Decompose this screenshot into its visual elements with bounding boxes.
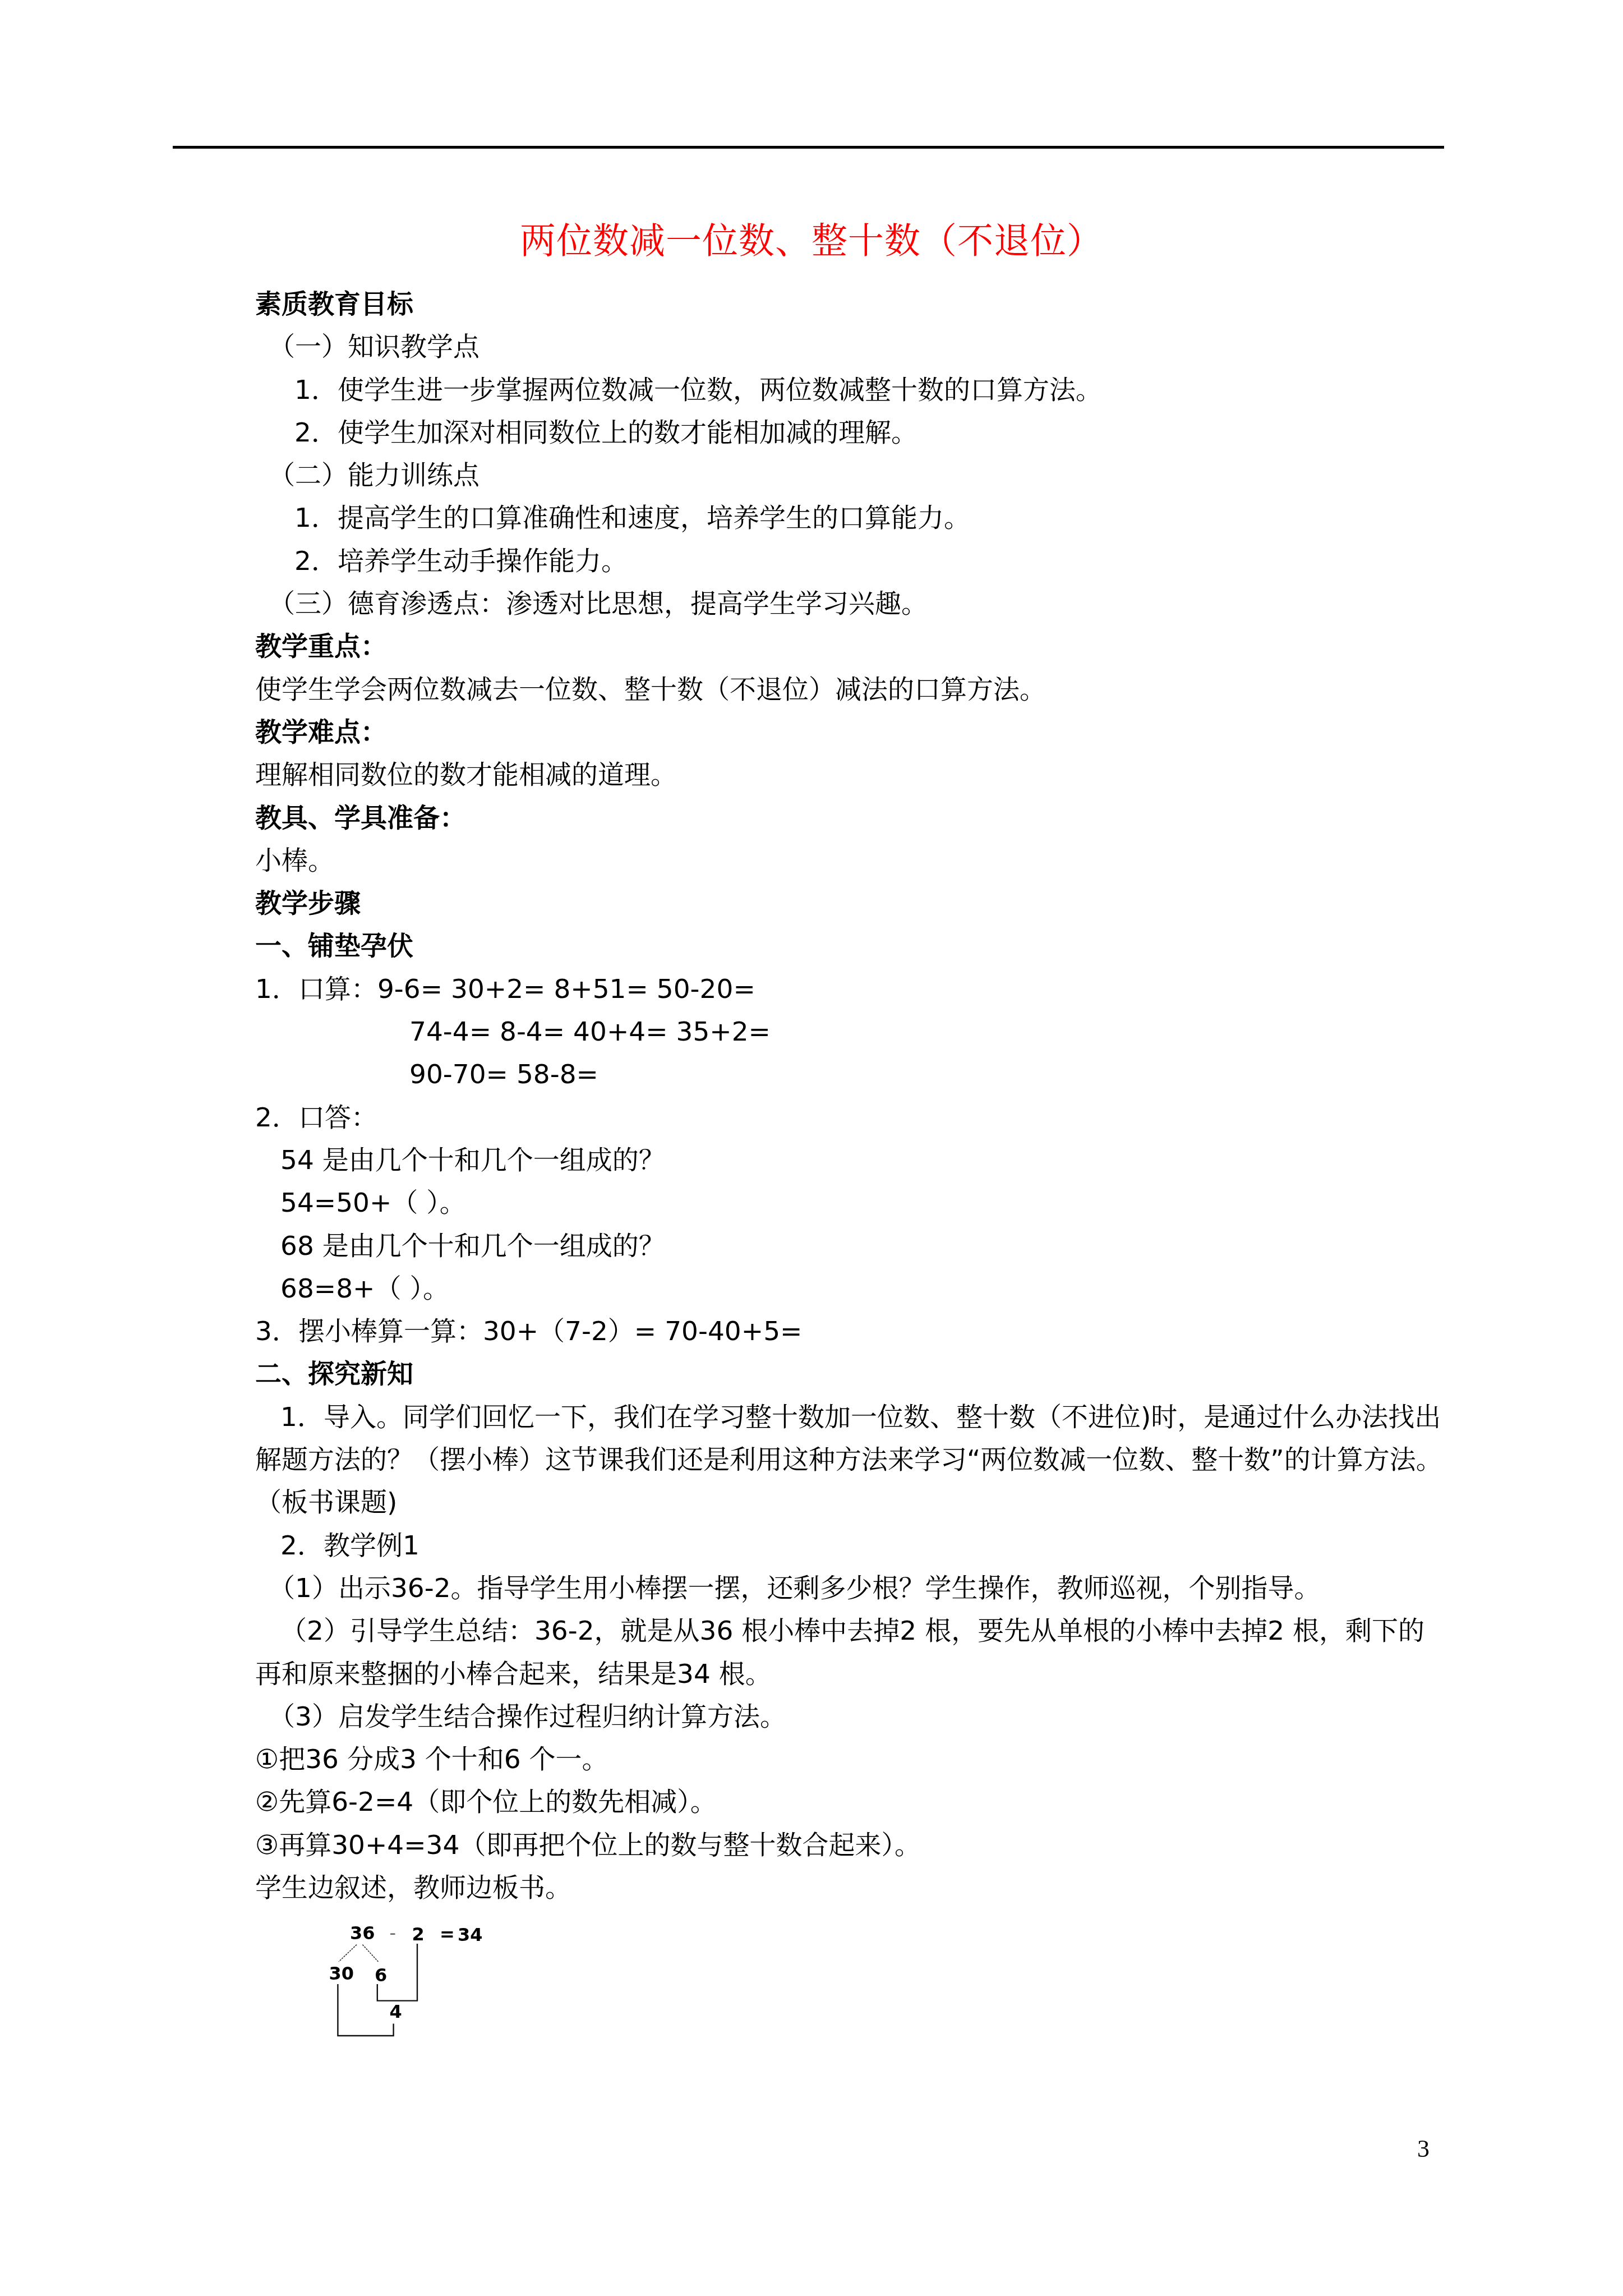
oral-calc-line: 90-70= 58-8= [255, 1053, 1444, 1096]
ability-item: 1．提高学生的口算准确性和速度，培养学生的口算能力。 [255, 497, 1444, 540]
diagram-ones-diff: 4 [389, 2001, 402, 2022]
moral-point: （三）德育渗透点：渗透对比思想，提高学生学习兴趣。 [255, 583, 1444, 625]
example-step: （1）出示36-2。指导学生用小棒摆一摆，还剩多少根？学生操作，教师巡视，个别指… [255, 1567, 1444, 1610]
knowledge-heading: （一）知识教学点 [255, 326, 1444, 369]
ability-heading: （二）能力训练点 [255, 454, 1444, 497]
difficulty-heading: 教学难点： [255, 711, 1444, 754]
sticks-calc: 3．摆小棒算一算：30+（7-2）= 70-40+5= [255, 1310, 1444, 1353]
intro-paragraph: 1．导入。同学们回忆一下，我们在学习整十数加一位数、整十数（不进位)时，是通过什… [255, 1396, 1444, 1525]
diagram-equals: = [440, 1924, 455, 1945]
oral-answer-item: 54 是由几个十和几个一组成的？ [255, 1139, 1444, 1182]
ability-item: 2．培养学生动手操作能力。 [255, 540, 1444, 583]
oral-answer-item: 68=8+（ ）。 [255, 1268, 1444, 1310]
knowledge-item: 2．使学生加深对相同数位上的数才能相加减的理解。 [255, 412, 1444, 454]
diagram-ones: 6 [375, 1964, 387, 1986]
part2-heading: 二、探究新知 [255, 1353, 1444, 1396]
steps-heading: 教学步骤 [255, 882, 1444, 925]
key-text: 使学生学会两位数减去一位数、整十数（不退位）减法的口算方法。 [255, 669, 1444, 711]
diagram-minus: - [389, 1922, 396, 1944]
header-rule [173, 146, 1444, 149]
key-heading: 教学重点： [255, 625, 1444, 668]
oral-answer-item: 54=50+（ ）。 [255, 1182, 1444, 1225]
method-item: ②先算6-2=4（即个位上的数先相减）。 [255, 1781, 1444, 1824]
split-line-right [362, 1945, 378, 1962]
knowledge-item: 1．使学生进一步掌握两位数减一位数，两位数减整十数的口算方法。 [255, 369, 1444, 412]
diagram-result: 34 [458, 1924, 483, 1945]
tens-bracket [338, 1984, 393, 2036]
oral-calc-line: 1．口算：9-6= 30+2= 8+51= 50-20= [255, 968, 1444, 1011]
tools-text: 小棒。 [255, 840, 1444, 882]
split-line-left [339, 1945, 357, 1962]
oral-answer-item: 68 是由几个十和几个一组成的？ [255, 1225, 1444, 1268]
diagram-minuend: 36 [350, 1922, 375, 1944]
method-item: ①把36 分成3 个十和6 个一。 [255, 1738, 1444, 1781]
document-title: 两位数减一位数、整十数（不退位） [0, 212, 1623, 264]
example-heading: 2．教学例1 [255, 1525, 1444, 1567]
oral-answer-heading: 2．口答： [255, 1097, 1444, 1139]
oral-calc-line: 74-4= 8-4= 40+4= 35+2= [255, 1011, 1444, 1053]
example-step: （2）引导学生总结：36-2，就是从36 根小棒中去掉2 根，要先从单根的小棒中… [255, 1610, 1444, 1696]
diagram-subtrahend: 2 [412, 1924, 424, 1945]
part1-heading: 一、铺垫孕伏 [255, 925, 1444, 968]
subtraction-diagram: 36 - 2 = 34 30 6 4 [303, 1910, 527, 2090]
method-item: ③再算30+4=34（即再把个位上的数与整十数合起来）。 [255, 1824, 1444, 1867]
document-body: 素质教育目标 （一）知识教学点 1．使学生进一步掌握两位数减一位数，两位数减整十… [255, 283, 1444, 1910]
example-step: （3）启发学生结合操作过程归纳计算方法。 [255, 1696, 1444, 1738]
diagram-tens: 30 [329, 1963, 354, 1984]
goals-heading: 素质教育目标 [255, 283, 1444, 326]
tools-heading: 教具、学具准备： [255, 797, 1444, 840]
page-number: 3 [1417, 2134, 1430, 2163]
difficulty-text: 理解相同数位的数才能相减的道理。 [255, 754, 1444, 797]
closing-note: 学生边叙述，教师边板书。 [255, 1867, 1444, 1910]
